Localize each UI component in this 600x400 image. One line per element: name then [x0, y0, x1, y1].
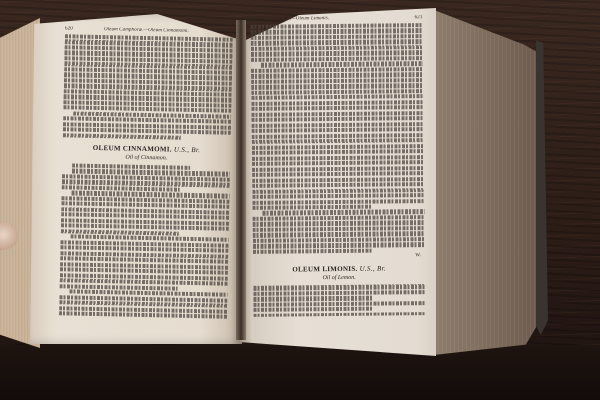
- book-cover-edge: [536, 40, 548, 335]
- text-line: [253, 290, 425, 296]
- author-mark: W.: [253, 253, 421, 260]
- text-line: [252, 199, 424, 205]
- text-line: [253, 248, 373, 253]
- left-running-header: 620 Oleum Camphoræ.—Oleum Cinnamomi. Par…: [65, 26, 233, 35]
- right-running-header: Oleum Cinnamomi.—Oleum Limonis. 621: [250, 15, 422, 22]
- part-label: Part I.: [220, 30, 233, 35]
- text-line: [253, 296, 373, 301]
- text-line: [252, 205, 372, 210]
- right-page-content: Oleum Cinnamomi.—Oleum Limonis. 621 W. O…: [250, 15, 425, 317]
- text-line: [63, 133, 181, 140]
- left-page-content: 620 Oleum Camphoræ.—Oleum Cinnamomi. Par…: [59, 26, 233, 319]
- text-line: [253, 307, 373, 312]
- entry-subheading: Oil of Cinnamon.: [62, 153, 230, 163]
- page-number: 621: [415, 15, 423, 20]
- running-head: Oleum Cinnamomi.—Oleum Limonis.: [250, 16, 329, 22]
- right-page-stack: [434, 10, 536, 355]
- running-head: Oleum Camphoræ.—Oleum Cinnamomi.: [104, 27, 189, 34]
- entry-subheading: Oil of Lemon.: [253, 274, 425, 282]
- wooden-table: [0, 345, 600, 400]
- text-line: [253, 301, 425, 307]
- book-gutter: [236, 20, 246, 340]
- entry-heading: OLEUM LIMONIS. U.S., Br.: [253, 264, 425, 274]
- text-line: [253, 242, 425, 248]
- page-number: 620: [65, 26, 73, 31]
